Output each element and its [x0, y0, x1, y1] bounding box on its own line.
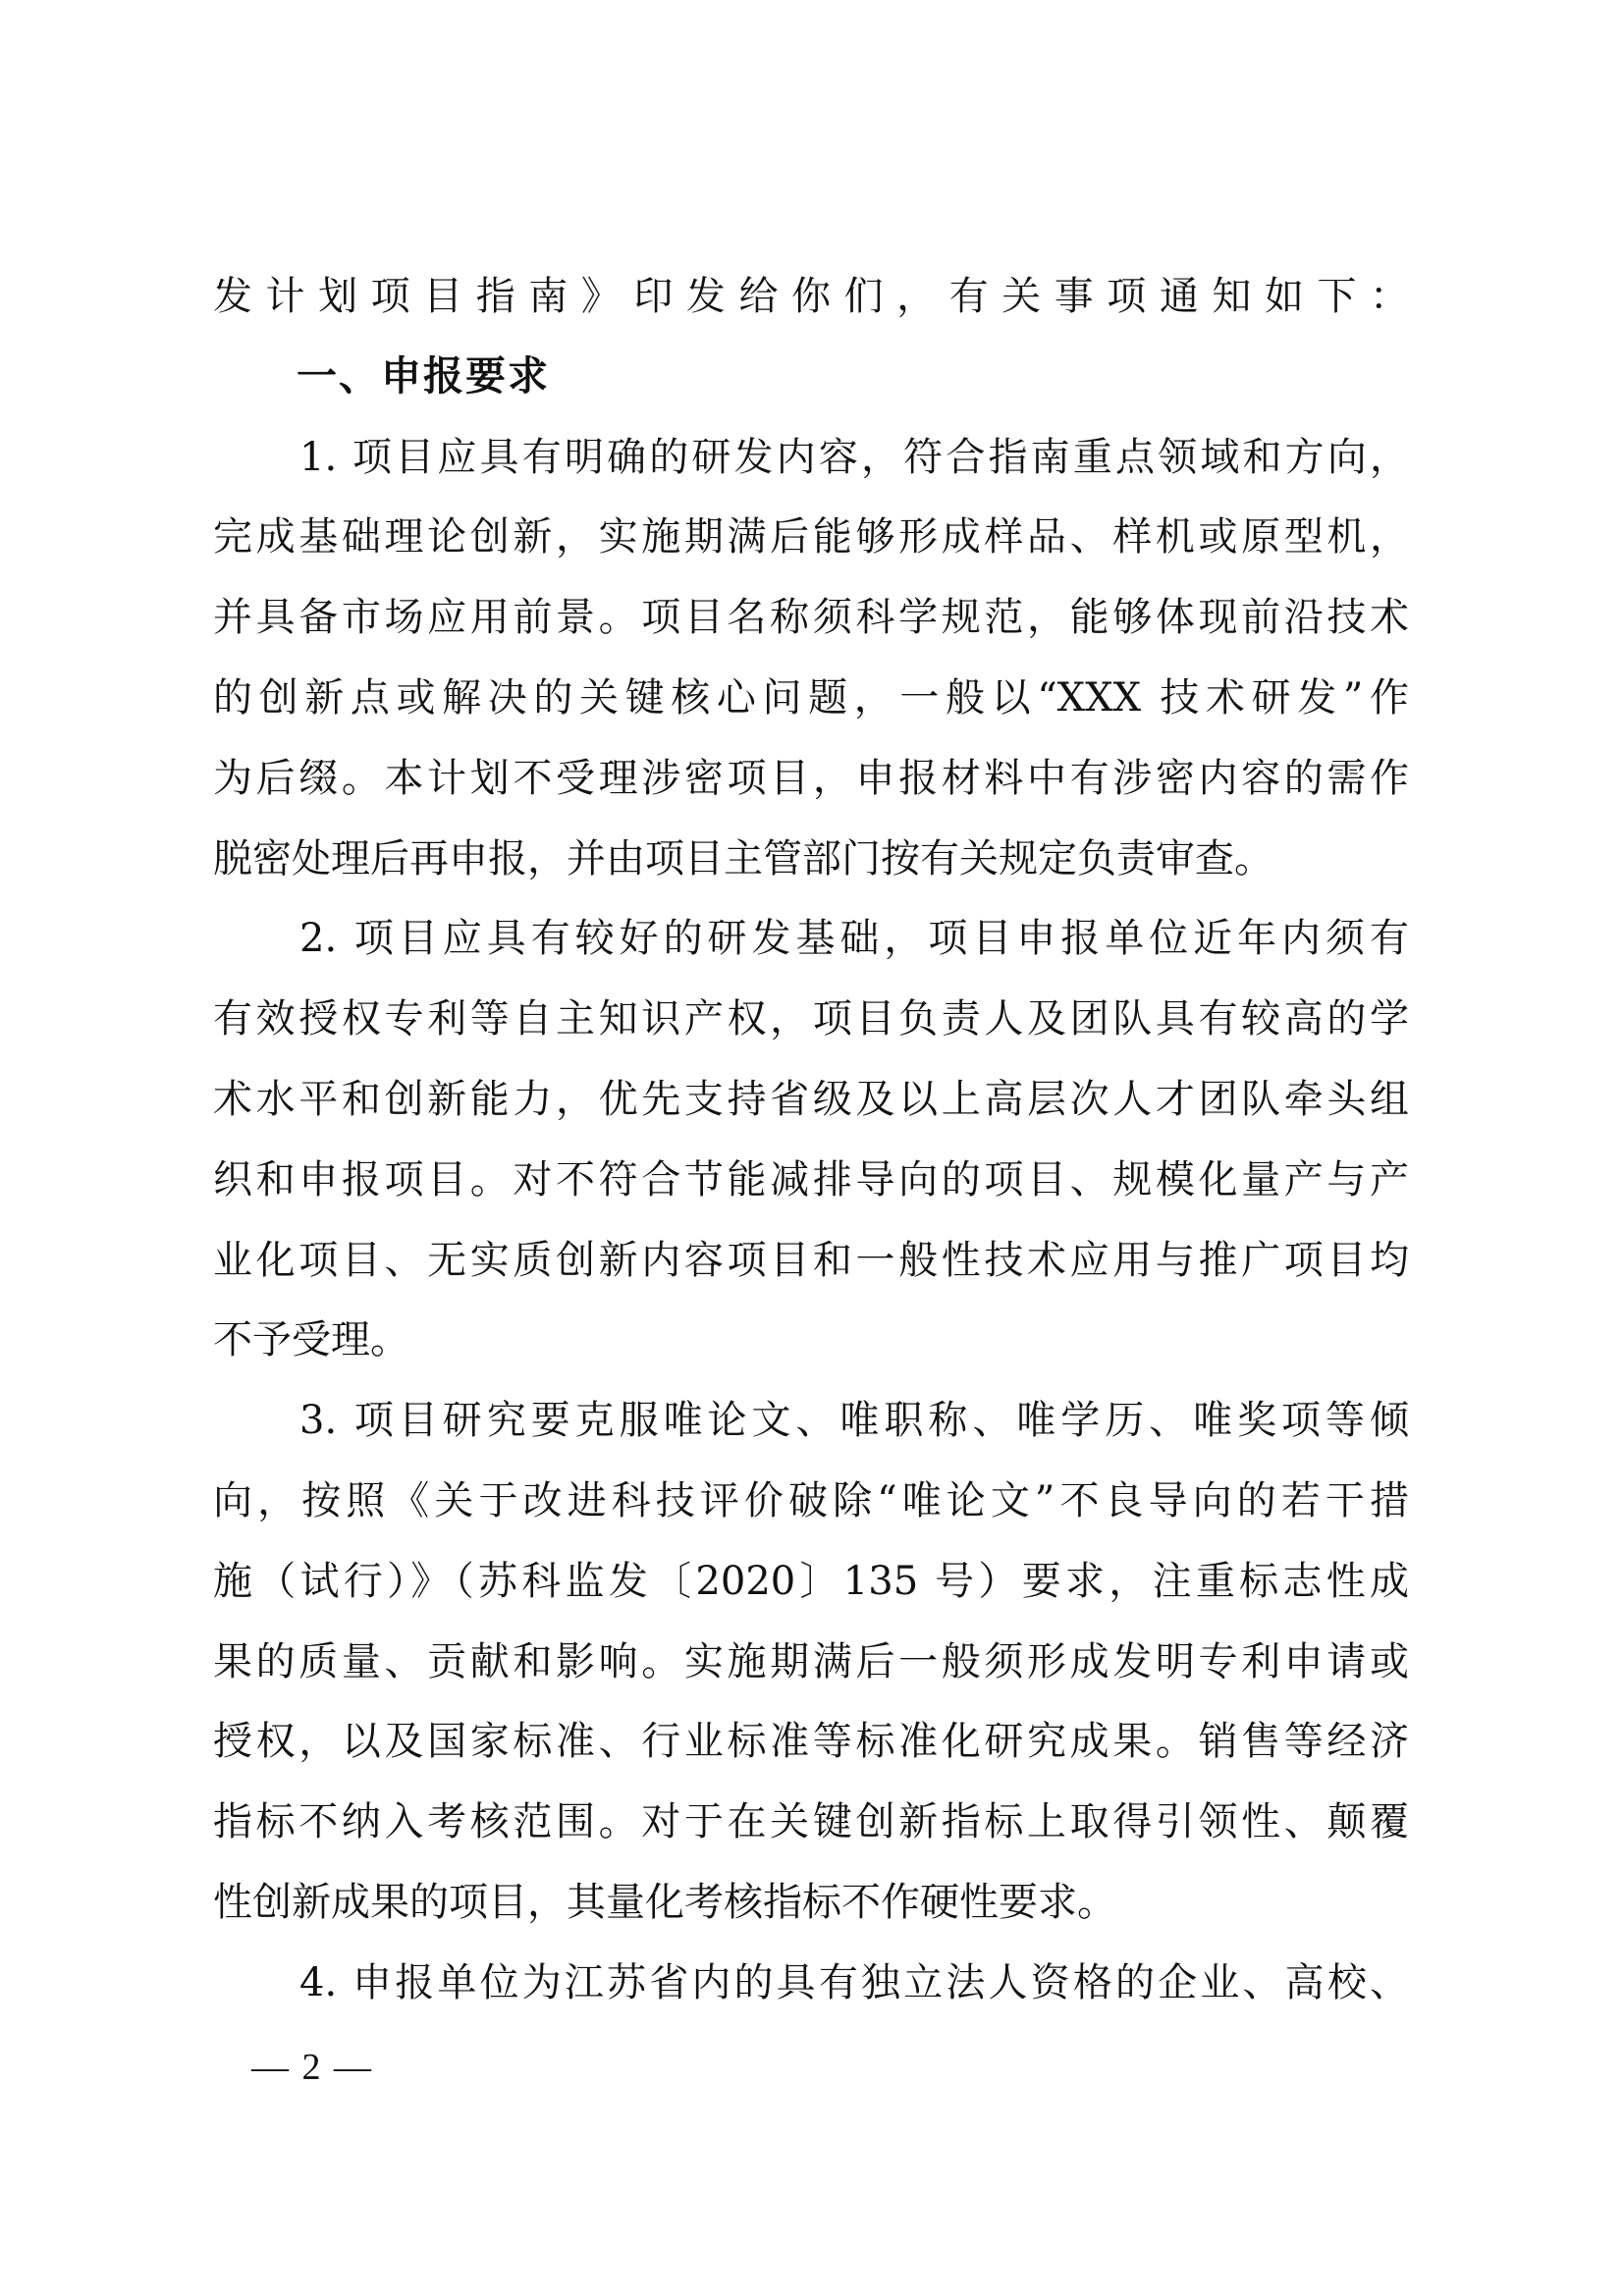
item-3-line-2: 向，按照《关于改进科技评价破除“唯论文”不良导向的若干措: [213, 1479, 1409, 1522]
document-page: 发计划项目指南》印发给你们，有关事项通知如下： 一、申报要求 1. 项目应具有明…: [0, 0, 1623, 2296]
item-1-line-2: 完成基础理论创新，实施期满后能够形成样品、样机或原型机，: [213, 515, 1409, 559]
item-3-line-6: 指标不纳入考核范围。对于在关键创新指标上取得引领性、颠覆: [213, 1800, 1409, 1843]
item-4-line-1: 4. 申报单位为江苏省内的具有独立法人资格的企业、高校、: [299, 1961, 1409, 2004]
item-2-line-6: 不予受理。: [213, 1318, 1409, 1362]
item-1-line-5: 为后缀。本计划不受理涉密项目，申报材料中有涉密内容的需作: [213, 757, 1409, 800]
body-line-continuation: 发计划项目指南》印发给你们，有关事项通知如下：: [213, 275, 1409, 318]
item-3-line-3: 施（试行）》（苏科监发〔2020〕135 号）要求，注重标志性成: [213, 1560, 1409, 1603]
item-3-line-7: 性创新成果的项目，其量化考核指标不作硬性要求。: [213, 1881, 1409, 1924]
item-2-line-1: 2. 项目应具有较好的研发基础，项目申报单位近年内须有: [299, 917, 1409, 960]
item-2-line-5: 业化项目、无实质创新内容项目和一般性技术应用与推广项目均: [213, 1239, 1409, 1282]
item-2-line-3: 术水平和创新能力，优先支持省级及以上高层次人才团队牵头组: [213, 1078, 1409, 1121]
item-3-line-1: 3. 项目研究要克服唯论文、唯职称、唯学历、唯奖项等倾: [299, 1399, 1409, 1442]
item-1-line-1: 1. 项目应具有明确的研发内容，符合指南重点领域和方向，: [299, 436, 1409, 479]
item-2-line-4: 织和申报项目。对不符合节能减排导向的项目、规模化量产与产: [213, 1158, 1409, 1201]
item-1-line-4: 的创新点或解决的关键核心问题，一般以“XXX 技术研发”作: [213, 676, 1409, 720]
section-heading-requirements: 一、申报要求: [297, 354, 550, 398]
item-2-line-2: 有效授权专利等自主知识产权，项目负责人及团队具有较高的学: [213, 997, 1409, 1041]
item-3-line-5: 授权，以及国家标准、行业标准等标准化研究成果。销售等经济: [213, 1720, 1409, 1763]
item-3-line-4: 果的质量、贡献和影响。实施期满后一般须形成发明专利申请或: [213, 1640, 1409, 1683]
item-1-line-3: 并具备市场应用前景。项目名称须科学规范，能够体现前沿技术: [213, 596, 1409, 639]
item-1-line-6: 脱密处理后再申报，并由项目主管部门按有关规定负责审查。: [213, 837, 1409, 881]
page-number: — 2 —: [251, 2048, 373, 2087]
